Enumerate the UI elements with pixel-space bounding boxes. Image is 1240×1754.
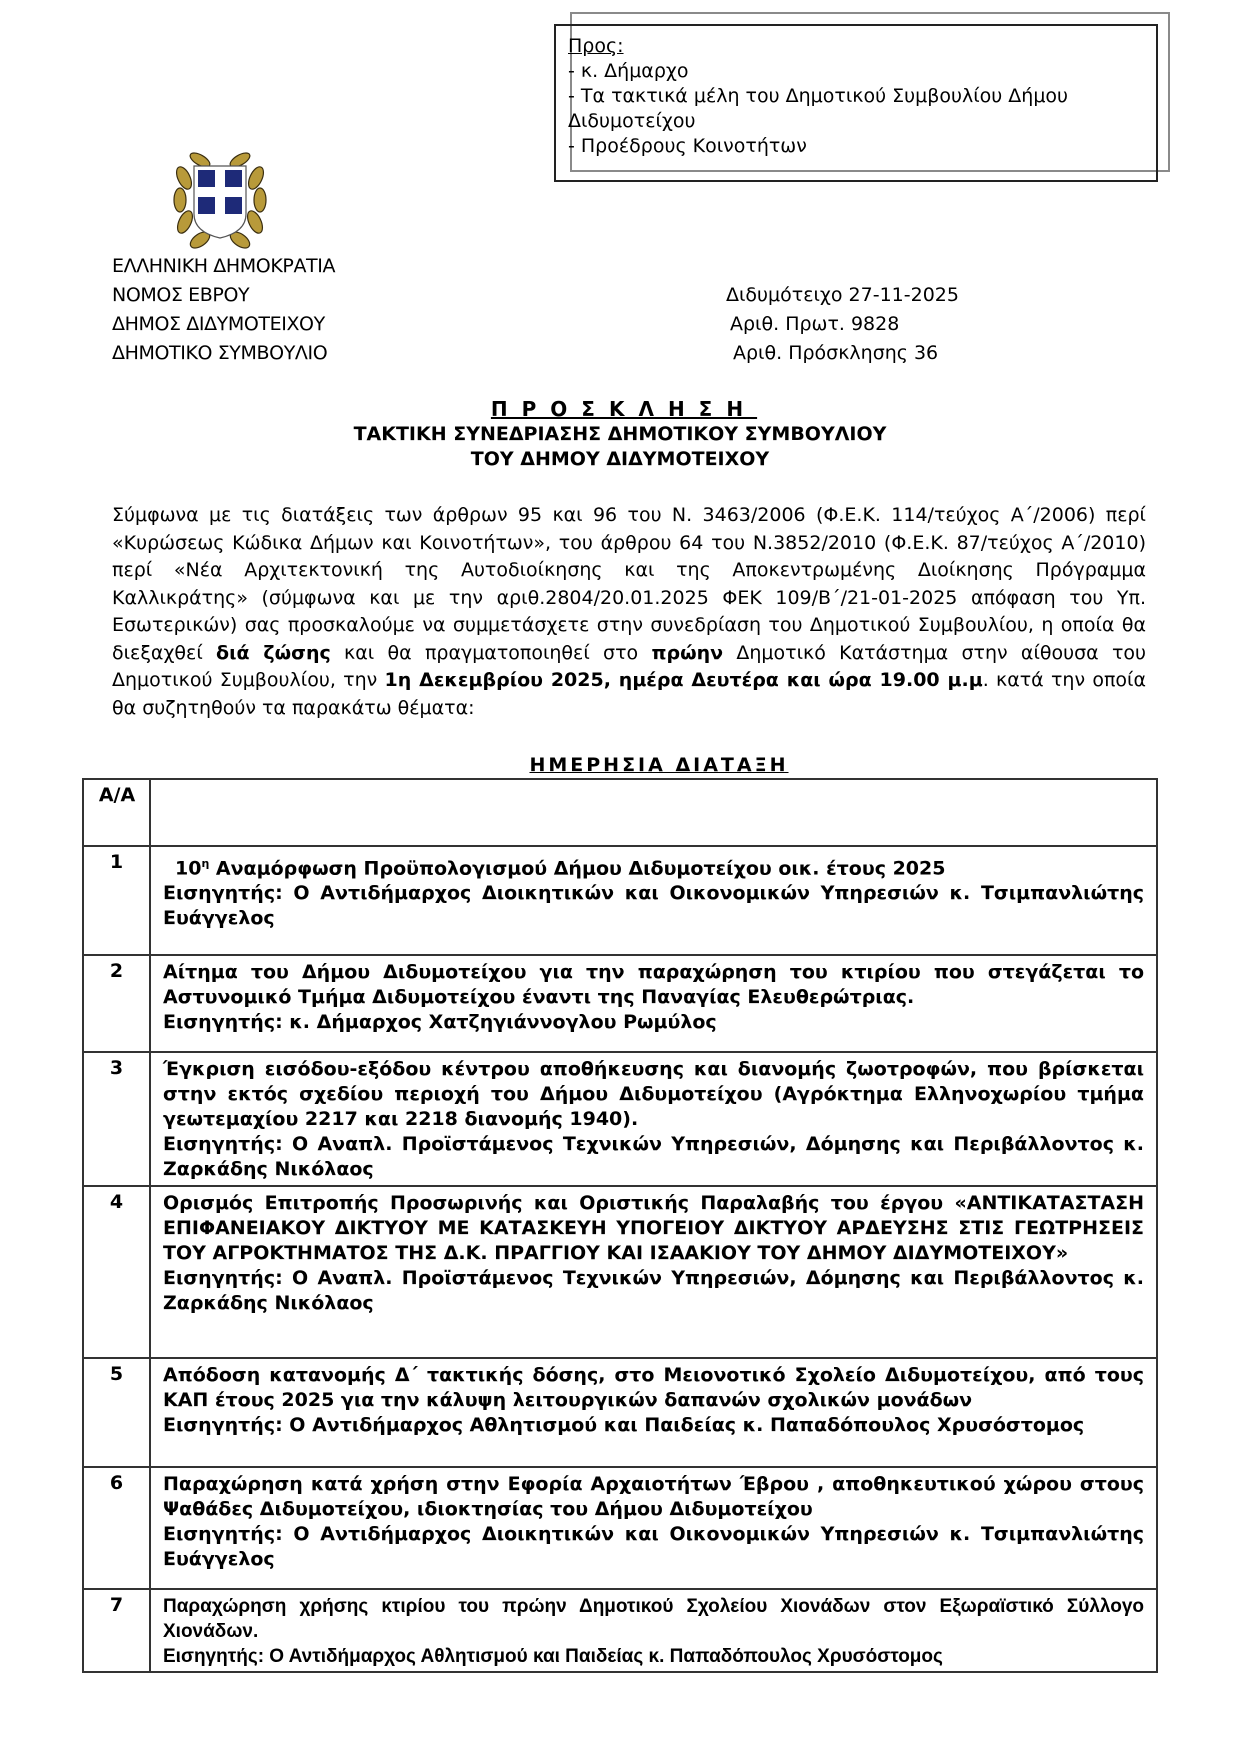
column-header-number: Α/Α [83,779,150,846]
session-title: ΤΑΚΤΙΚΗ ΣΥΝΕΔΡΙΑΣΗΣ ΔΗΜΟΤΙΚΟΥ ΣΥΜΒΟΥΛΙΟΥ [0,422,1240,447]
invitation-number: Αριθ. Πρόσκλησης 36 [726,339,959,368]
item-content: Απόδοση κατανομής Δ΄ τακτικής δόσης, στο… [150,1358,1157,1467]
table-row: 7 Παραχώρηση χρήσης κτιρίου του πρώην Δη… [83,1589,1157,1672]
item-number: 1 [83,846,150,955]
table-row: 1 10η Αναμόρφωση Προϋπολογισμού Δήμου Δι… [83,846,1157,955]
column-header-subject [150,779,1157,846]
meeting-date-time: 1η Δεκεμβρίου 2025, ημέρα Δευτέρα και ώρ… [385,669,983,691]
item-number: 4 [83,1186,150,1358]
place-date: Διδυμότειχο 27-11-2025 [726,281,959,310]
item-number: 5 [83,1358,150,1467]
item-number: 7 [83,1589,150,1672]
item-rapporteur: Εισηγητής: Ο Αντιδήμαρχος Διοικητικών κα… [163,881,1144,931]
item-number: 6 [83,1467,150,1589]
item-rapporteur: Εισηγητής: κ. Δήμαρχος Χατζηγιάννογλου Ρ… [163,1010,1144,1035]
item-subject: Παραχώρηση χρήσης κτιρίου του πρώην Δημο… [163,1594,1144,1644]
invitation-body: Σύμφωνα με τις διατάξεις των άρθρων 95 κ… [112,502,1146,722]
item-subject: Απόδοση κατανομής Δ΄ τακτικής δόσης, στο… [163,1363,1144,1413]
table-row: 4 Ορισμός Επιτροπής Προσωρινής και Οριστ… [83,1186,1157,1358]
document-meta: Διδυμότειχο 27-11-2025 Αριθ. Πρωτ. 9828 … [726,281,959,368]
body-text: Σύμφωνα με τις διατάξεις των άρθρων 95 κ… [112,504,1146,664]
issuer-line: ΕΛΛΗΝΙΚΗ ΔΗΜΟΚΡΑΤΙΑ [112,252,335,281]
issuer-block: ΕΛΛΗΝΙΚΗ ΔΗΜΟΚΡΑΤΙΑ ΝΟΜΟΣ ΕΒΡΟΥ ΔΗΜΟΣ ΔΙ… [112,252,335,368]
recipients-title: Προς: [568,34,1144,59]
body-text: και θα πραγματοποιηθεί στο [331,642,652,664]
item-subject: Παραχώρηση κατά χρήση στην Εφορία Αρχαιο… [163,1472,1144,1522]
item-number: 2 [83,955,150,1052]
item-subject: Έγκριση εισόδου-εξόδου κέντρου αποθήκευσ… [163,1057,1144,1132]
recipient-line: - Τα τακτικά μέλη του Δημοτικού Συμβουλί… [568,84,1144,134]
item-rapporteur: Εισηγητής: Ο Αναπλ. Προϊστάμενος Τεχνικώ… [163,1132,1144,1182]
item-rapporteur: Εισηγητής: Ο Αντιδήμαρχος Αθλητισμού και… [163,1644,1144,1669]
item-rapporteur: Εισηγητής: Ο Αναπλ. Προϊστάμενος Τεχνικώ… [163,1266,1144,1316]
recipient-line: - Προέδρους Κοινοτήτων [568,134,1144,159]
item-rapporteur: Εισηγητής: Ο Αντιδήμαρχος Διοικητικών κα… [163,1522,1144,1572]
agenda-title: ΗΜΕΡΗΣΙΑ ΔΙΑΤΑΞΗ [0,754,1240,776]
greek-coat-of-arms-icon [172,148,268,250]
item-content: Έγκριση εισόδου-εξόδου κέντρου αποθήκευσ… [150,1052,1157,1186]
item-rapporteur: Εισηγητής: Ο Αντιδήμαρχος Αθλητισμού και… [163,1413,1144,1438]
title-block: ΠΡΟΣΚΛΗΣΗ ΤΑΚΤΙΚΗ ΣΥΝΕΔΡΙΑΣΗΣ ΔΗΜΟΤΙΚΟΥ … [0,396,1240,472]
body-bold: διά ζώσης [216,642,331,664]
table-row: 6 Παραχώρηση κατά χρήση στην Εφορία Αρχα… [83,1467,1157,1589]
recipients-box: Προς: - κ. Δήμαρχο - Τα τακτικά μέλη του… [554,24,1158,182]
protocol-number: Αριθ. Πρωτ. 9828 [726,310,959,339]
invitation-heading: ΠΡΟΣΚΛΗΣΗ [0,396,1240,422]
issuer-line: ΔΗΜΟΤΙΚΟ ΣΥΜΒΟΥΛΙΟ [112,339,335,368]
table-header-row: Α/Α [83,779,1157,846]
item-content: Ορισμός Επιτροπής Προσωρινής και Οριστικ… [150,1186,1157,1358]
issuer-line: ΔΗΜΟΣ ΔΙΔΥΜΟΤΕΙΧΟΥ [112,310,335,339]
municipality-title: ΤΟΥ ΔΗΜΟΥ ΔΙΔΥΜΟΤΕΙΧΟΥ [0,447,1240,472]
item-number: 3 [83,1052,150,1186]
agenda-table: Α/Α 1 10η Αναμόρφωση Προϋπολογισμού Δήμο… [82,778,1158,1673]
item-content: Αίτημα του Δήμου Διδυμοτείχου για την πα… [150,955,1157,1052]
issuer-line: ΝΟΜΟΣ ΕΒΡΟΥ [112,281,335,310]
item-subject: Ορισμός Επιτροπής Προσωρινής και Οριστικ… [163,1191,1144,1266]
item-content: Παραχώρηση κατά χρήση στην Εφορία Αρχαιο… [150,1467,1157,1589]
body-bold: πρώην [651,642,723,664]
item-content: 10η Αναμόρφωση Προϋπολογισμού Δήμου Διδυ… [150,846,1157,955]
recipient-line: - κ. Δήμαρχο [568,59,1144,84]
item-content: Παραχώρηση χρήσης κτιρίου του πρώην Δημο… [150,1589,1157,1672]
item-subject: 10η Αναμόρφωση Προϋπολογισμού Δήμου Διδυ… [163,851,1144,881]
item-subject: Αίτημα του Δήμου Διδυμοτείχου για την πα… [163,960,1144,1010]
table-row: 5 Απόδοση κατανομής Δ΄ τακτικής δόσης, σ… [83,1358,1157,1467]
table-row: 3 Έγκριση εισόδου-εξόδου κέντρου αποθήκε… [83,1052,1157,1186]
table-row: 2 Αίτημα του Δήμου Διδυμοτείχου για την … [83,955,1157,1052]
